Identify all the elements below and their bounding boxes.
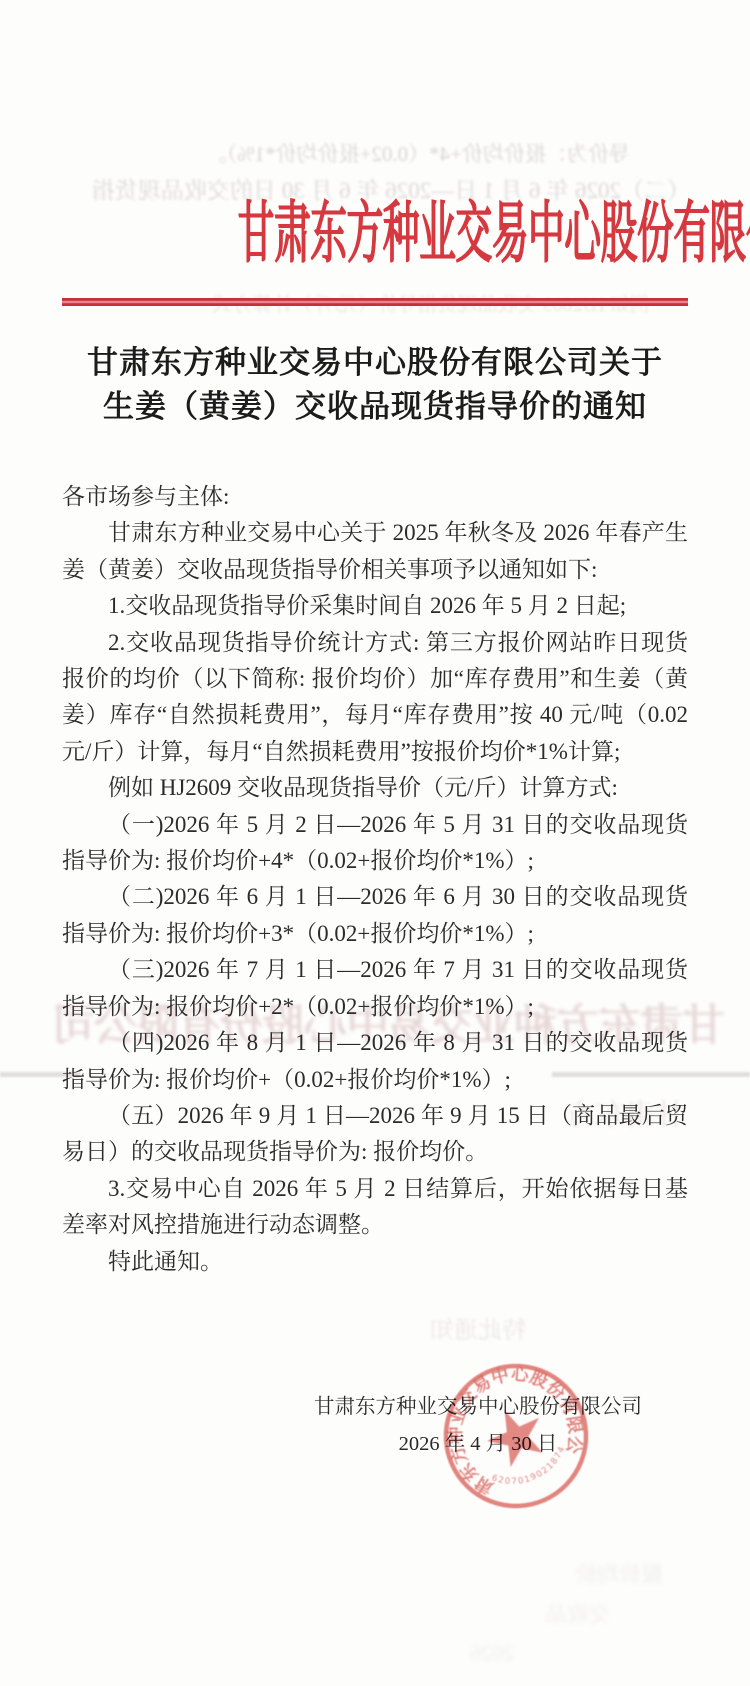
body-paragraph: （四)2026 年 8 月 1 日—2026 年 8 月 31 日的交收品现货指… xyxy=(62,1025,688,1098)
signature-date: 2026 年 4 月 30 日 xyxy=(314,1426,642,1463)
body-paragraph: 特此通知。 xyxy=(62,1244,688,1280)
letterhead-company-name: 甘肃东方种业交易中心股份有限公司 xyxy=(0,194,750,278)
body-paragraph: 1.交收品现货指导价采集时间自 2026 年 5 月 2 日起; xyxy=(62,588,688,624)
bleedthrough-text: 报价均价 xyxy=(575,1558,663,1589)
body-paragraph: 甘肃东方种业交易中心关于 2025 年秋冬及 2026 年春产生姜（黄姜）交收品… xyxy=(62,515,688,588)
body-paragraph: （五）2026 年 9 月 1 日—2026 年 9 月 15 日（商品最后贸易… xyxy=(62,1098,688,1171)
scanned-notice-page: 导价为：报价均价+4*（0.02+报价均价*1%）。 （二）2026 年 6 月… xyxy=(0,0,750,1686)
signature-block: 甘肃东方种业交易中心股份有限公司 2026 年 4 月 30 日 xyxy=(314,1389,642,1463)
body-paragraph: （三)2026 年 7 月 1 日—2026 年 7 月 31 日的交收品现货指… xyxy=(62,952,688,1025)
body-paragraph: （一)2026 年 5 月 2 日—2026 年 5 月 31 日的交收品现货指… xyxy=(62,807,688,880)
body-paragraph: （二)2026 年 6 月 1 日—2026 年 6 月 30 日的交收品现货指… xyxy=(62,879,688,952)
body-paragraph: 例如 HJ2609 交收品现货指导价（元/斤）计算方式: xyxy=(62,770,688,806)
document-title-line-1: 甘肃东方种业交易中心股份有限公司关于 xyxy=(0,341,750,385)
document-title: 甘肃东方种业交易中心股份有限公司关于 生姜（黄姜）交收品现货指导价的通知 xyxy=(0,341,750,429)
body-paragraph: 3.交易中心自 2026 年 5 月 2 日结算后，开始依据每日基差率对风控措施… xyxy=(62,1171,688,1244)
bleedthrough-text: 导价为：报价均价+4*（0.02+报价均价*1%）。 xyxy=(240,138,630,168)
salutation: 各市场参与主体: xyxy=(62,479,688,515)
bleedthrough-text: 特此通知 xyxy=(430,1310,526,1345)
notice-body: 各市场参与主体: 甘肃东方种业交易中心关于 2025 年秋冬及 2026 年春产… xyxy=(62,479,688,1280)
body-paragraph: 2.交收品现货指导价统计方式: 第三方报价网站昨日现货报价的均价（以下简称: 报… xyxy=(62,625,688,771)
signature-company: 甘肃东方种业交易中心股份有限公司 xyxy=(314,1389,642,1426)
document-title-line-2: 生姜（黄姜）交收品现货指导价的通知 xyxy=(0,385,750,429)
bleedthrough-text: 交收品 xyxy=(545,1598,611,1629)
red-divider-line xyxy=(62,298,688,306)
bleedthrough-text: 2026 xyxy=(470,1640,514,1666)
